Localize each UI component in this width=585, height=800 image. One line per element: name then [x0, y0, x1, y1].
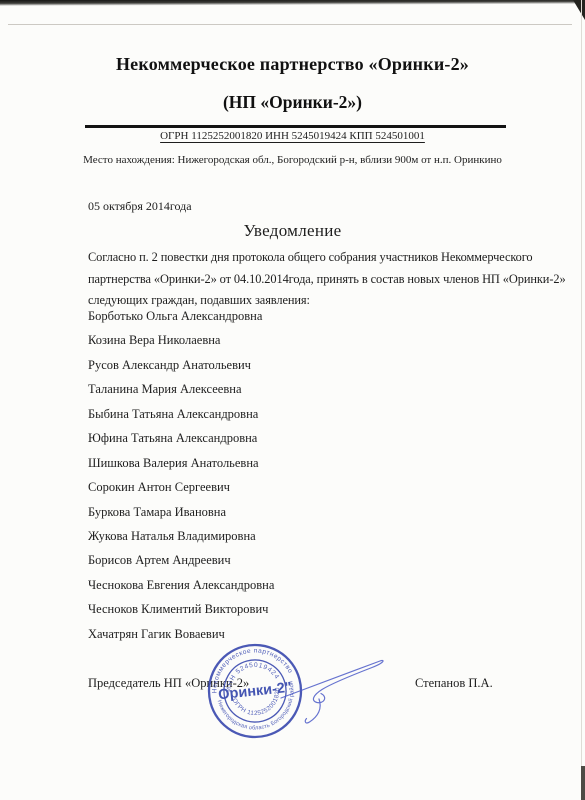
scan-bottom-right-mark: [581, 766, 585, 800]
list-item: Чеснокова Евгения Александровна: [88, 573, 274, 597]
scanned-document-page: Некоммерческое партнерство «Оринки-2» (Н…: [0, 0, 585, 800]
list-item: Козина Вера Николаевна: [88, 328, 274, 352]
organization-short-title: (НП «Оринки-2»): [0, 92, 585, 113]
signature-main-stroke: [281, 660, 383, 702]
document-date: 05 октября 2014года: [88, 199, 192, 214]
list-item: Жукова Наталья Владимировна: [88, 524, 274, 548]
letterhead-divider: [85, 125, 506, 128]
location-line: Место нахождения: Нижегородская обл., Бо…: [0, 154, 585, 166]
scan-paper-edge-line: [8, 24, 572, 25]
list-item: Русов Александр Анатольевич: [88, 353, 274, 377]
list-item: Быбина Татьяна Александровна: [88, 402, 274, 426]
list-item: Шишкова Валерия Анатольевна: [88, 451, 274, 475]
handwritten-signature: [270, 645, 570, 745]
scan-top-edge: [0, 0, 585, 6]
list-item: Буркова Тамара Ивановна: [88, 500, 274, 524]
scan-right-edge-line: [581, 0, 582, 800]
document-heading: Уведомление: [0, 221, 585, 241]
list-item: Борисов Артем Андреевич: [88, 548, 274, 572]
organization-title: Некоммерческое партнерство «Оринки-2»: [0, 54, 585, 75]
list-item: Сорокин Антон Сергеевич: [88, 475, 274, 499]
list-item: Борботько Ольга Александровна: [88, 304, 274, 328]
registration-numbers-line: ОГРН 1125252001820 ИНН 5245019424 КПП 52…: [0, 130, 585, 142]
paragraph-line: партнерства «Оринки-2» от 04.10.2014года…: [88, 269, 566, 291]
list-item: Таланина Мария Алексеевна: [88, 377, 274, 401]
members-name-list: Борботько Ольга Александровна Козина Вер…: [88, 304, 274, 646]
paragraph-line: Согласно п. 2 повестки дня протокола общ…: [88, 247, 566, 269]
list-item: Юфина Татьяна Александровна: [88, 426, 274, 450]
intro-paragraph: Согласно п. 2 повестки дня протокола общ…: [88, 247, 566, 312]
